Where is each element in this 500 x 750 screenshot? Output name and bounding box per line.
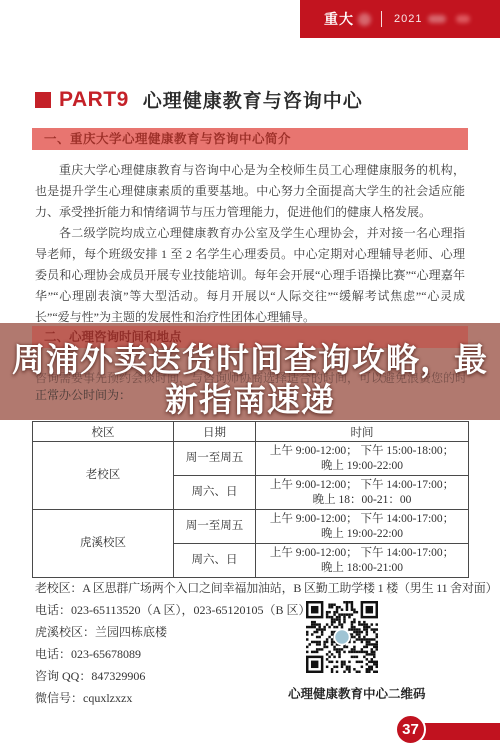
day-cell: 周一至周五 [174,510,256,544]
qr-center-logo [335,630,348,643]
time-cell: 上午 9:00-12:00； 下午 14:00-17:00； 晚上 19:00-… [256,510,469,544]
banner-divider [381,11,382,27]
overlay-headline: 周浦外卖送货时间查询攻略，最 新指南速递 [0,340,500,420]
contact-line-phone-old: 电话：023-65113520（A 区），023-65120105（B 区） [35,599,465,621]
time-line-2: 晚上 19:00-22:00 [256,459,468,474]
table-row: 虎溪校区 周一至周五 上午 9:00-12:00； 下午 14:00-17:00… [33,510,469,544]
section1-title-bar: 一、重庆大学心理健康教育与咨询中心简介 [32,128,468,150]
part-label: PART9 [59,88,129,112]
page-number-badge: 37 [395,714,426,745]
table-row: 老校区 周一至周五 上午 9:00-12:00； 下午 15:00-18:00；… [33,442,469,476]
header-date: 日期 [174,422,256,442]
part-title: 心理健康教育与咨询中心 [143,86,363,113]
time-line-1: 上午 9:00-12:00； 下午 15:00-18:00； [256,444,468,459]
time-line-1: 上午 9:00-12:00； 下午 14:00-17:00； [256,478,468,493]
part-header: PART9 心理健康教育与咨询中心 [35,86,363,113]
day-cell: 周一至周五 [174,442,256,476]
time-cell: 上午 9:00-12:00； 下午 14:00-17:00； 晚上 18:00-… [256,544,469,578]
intro-paragraphs: 重庆大学心理健康教育与咨询中心是为全校师生员工心理健康服务的机构，也是提升学生心… [35,160,465,328]
overlay-headline-line1: 周浦外卖送货时间查询攻略，最 [0,340,500,380]
header-campus: 校区 [33,422,174,442]
campus-cell: 虎溪校区 [33,510,174,578]
time-line-2: 晚上 18:00-21:00 [256,561,468,576]
day-cell: 周六、日 [174,476,256,510]
contact-line-phone-huxi: 电话：023-65678089 [35,643,465,665]
table-header-row: 校区 日期 时间 [33,422,469,442]
overlay-headline-line2: 新指南速递 [0,380,500,420]
banner-year-text: 2021 [394,13,422,25]
time-line-2: 晚上 18：00-21：00 [256,493,468,508]
time-line-2: 晚上 19:00-22:00 [256,527,468,542]
time-cell: 上午 9:00-12:00； 下午 15:00-18:00； 晚上 19:00-… [256,442,469,476]
page-number: 37 [402,721,419,738]
time-cell: 上午 9:00-12:00； 下午 14:00-17:00； 晚上 18：00-… [256,476,469,510]
day-cell: 周六、日 [174,544,256,578]
intro-paragraph-1: 重庆大学心理健康教育与咨询中心是为全校师生员工心理健康服务的机构，也是提升学生心… [35,160,465,223]
office-hours-table: 校区 日期 时间 老校区 周一至周五 上午 9:00-12:00； 下午 15:… [32,421,469,578]
time-line-1: 上午 9:00-12:00； 下午 14:00-17:00； [256,512,468,527]
top-banner: 重大 2021 [300,0,500,38]
overlay-band: 二、心理咨询时间和地点 咨询需要事先预约会谈时间，与咨询师协商选择适合的时间，可… [0,323,500,420]
contact-line-huxi-campus: 虎溪校区：兰园四栋底楼 [35,621,465,643]
banner-brand-text: 重大 [324,9,354,29]
banner-logo-blur [358,13,371,26]
section1-title: 一、重庆大学心理健康教育与咨询中心简介 [44,132,291,146]
banner-blur-2 [456,15,470,23]
contact-line-old-campus: 老校区：A 区思群广场两个入口之间幸福加油站，B 区勤工助学楼 1 楼（男生 1… [35,577,465,599]
qr-code [306,601,378,673]
intro-paragraph-2: 各二级学院均成立心理健康教育办公室及学生心理协会，并对接一名心理指导老师，每个班… [35,223,465,328]
time-line-1: 上午 9:00-12:00； 下午 14:00-17:00； [256,546,468,561]
handbook-page: 重大 2021 PART9 心理健康教育与咨询中心 一、重庆大学心理健康教育与咨… [0,0,500,750]
part-square-icon [35,92,51,108]
campus-cell: 老校区 [33,442,174,510]
banner-blur-1 [428,15,446,23]
header-time: 时间 [256,422,469,442]
qr-caption: 心理健康教育中心二维码 [288,684,448,702]
